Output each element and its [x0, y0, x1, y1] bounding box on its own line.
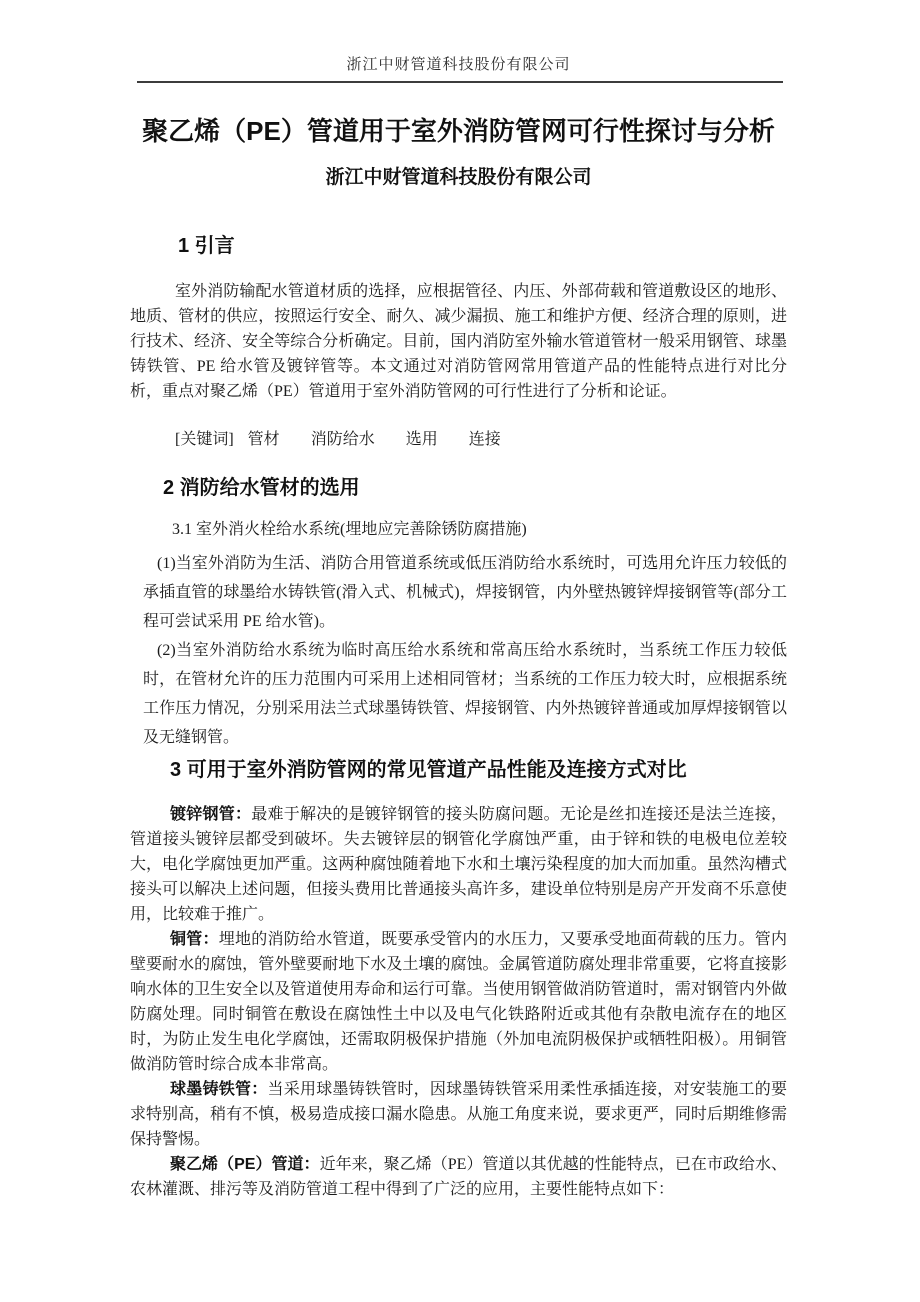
comparison-paragraphs: 镀锌钢管：最难于解决的是镀锌钢管的接头防腐问题。无论是丝扣连接还是法兰连接，管道…: [130, 802, 787, 1202]
keyword-term: 管材: [248, 431, 280, 448]
document-title: 聚乙烯（PE）管道用于室外消防管网可行性探讨与分析: [130, 114, 787, 148]
paragraph-lead-label: 聚乙烯（PE）管道：: [170, 1156, 320, 1173]
numbered-item-1: (1)当室外消防为生活、消防合用管道系统或低压消防给水系统时，可选用允许压力较低…: [143, 549, 787, 636]
keyword-term: 选用: [406, 431, 438, 448]
header-rule: [137, 81, 783, 83]
numbered-item-2: (2)当室外消防给水系统为临时高压给水系统和常高压给水系统时，当系统工作压力较低…: [143, 636, 787, 752]
sub-heading-3-1: 3.1 室外消火栓给水系统(埋地应完善除锈防腐措施): [172, 517, 787, 542]
numbered-list: (1)当室外消防为生活、消防合用管道系统或低压消防给水系统时，可选用允许压力较低…: [130, 549, 787, 752]
intro-paragraph: 室外消防输配水管道材质的选择，应根据管径、内压、外部荷载和管道敷设区的地形、地质…: [130, 279, 787, 404]
keywords-line: [关键词] 管材 消防给水 选用 连接: [175, 427, 787, 452]
paragraph-ductile-iron-pipe: 球墨铸铁管：当采用球墨铸铁管时，因球墨铸铁管采用柔性承插连接，对安装施工的要求特…: [130, 1077, 787, 1152]
paragraph-galvanized-steel-pipe: 镀锌钢管：最难于解决的是镀锌钢管的接头防腐问题。无论是丝扣连接还是法兰连接，管道…: [130, 802, 787, 927]
running-header: 浙江中财管道科技股份有限公司: [130, 0, 787, 74]
keywords-label: [关键词]: [175, 431, 234, 448]
paragraph-text: 埋地的消防给水管道，既要承受管内的水压力，又要承受地面荷载的压力。管内壁要耐水的…: [130, 931, 787, 1073]
document-page: 浙江中财管道科技股份有限公司 聚乙烯（PE）管道用于室外消防管网可行性探讨与分析…: [0, 0, 920, 1302]
keyword-term: 消防给水: [311, 431, 375, 448]
paragraph-text: 最难于解决的是镀锌钢管的接头防腐问题。无论是丝扣连接还是法兰连接，管道接头镀锌层…: [130, 806, 787, 923]
section-heading-2: 2 消防给水管材的选用: [163, 476, 787, 500]
section-heading-1: 1 引言: [178, 234, 787, 258]
paragraph-copper-pipe: 铜管：埋地的消防给水管道，既要承受管内的水压力，又要承受地面荷载的压力。管内壁要…: [130, 927, 787, 1077]
paragraph-pe-pipe: 聚乙烯（PE）管道：近年来，聚乙烯（PE）管道以其优越的性能特点，已在市政给水、…: [130, 1152, 787, 1202]
keyword-term: 连接: [469, 431, 501, 448]
section-heading-3: 3 可用于室外消防管网的常见管道产品性能及连接方式对比: [170, 758, 787, 782]
paragraph-lead-label: 球墨铸铁管：: [170, 1081, 267, 1098]
paragraph-lead-label: 铜管：: [170, 931, 219, 948]
document-subtitle: 浙江中财管道科技股份有限公司: [130, 166, 787, 190]
running-header-text: 浙江中财管道科技股份有限公司: [346, 57, 570, 73]
paragraph-lead-label: 镀锌钢管：: [170, 806, 251, 823]
page-content: 浙江中财管道科技股份有限公司 聚乙烯（PE）管道用于室外消防管网可行性探讨与分析…: [0, 0, 920, 1202]
